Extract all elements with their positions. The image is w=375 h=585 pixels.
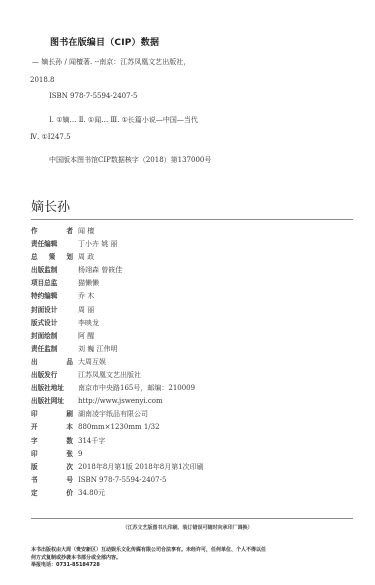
credit-label: 责任监制 [31, 343, 73, 353]
credit-label-part: 印 [31, 408, 38, 418]
credit-value: 周 丽 [78, 305, 94, 315]
cip-line-isbn: ISBN 978-7-5594-2407-5 [49, 92, 137, 100]
credit-row: 封面绘制阿 醒 [31, 330, 204, 343]
cip-line-record-number: 中国版本图书馆CIP数据核字（2018）第137000号 [49, 155, 211, 165]
copyright-page: 图书在版编目（CIP）数据 — 嫡长孙 / 闻檀著. --南京：江苏凤凰文艺出版… [0, 0, 375, 585]
credit-value: 314千字 [78, 436, 105, 446]
credit-label-part: 定 [31, 487, 38, 497]
credit-label-part: 封面绘制 [31, 330, 57, 340]
credit-value: 9 [78, 450, 82, 458]
credit-label: 印刷 [31, 408, 73, 418]
credit-label-part: 张 [66, 448, 73, 458]
divider-top [31, 219, 353, 220]
credit-label: 总策划 [31, 251, 73, 261]
credit-label: 定价 [31, 487, 73, 497]
credit-label-part: 号 [66, 474, 73, 484]
credit-label: 印张 [31, 448, 73, 458]
credit-row: 总策划周 政 [31, 251, 204, 264]
credit-row: 出品大周互娱 [31, 356, 204, 369]
credit-label: 出品 [31, 356, 73, 366]
rights-line-2: 何方式复制或抄袭本书部分或全部内容。 [31, 555, 351, 563]
credit-value: 乔 木 [78, 291, 94, 301]
credit-row: 项目总监猫懒懒 [31, 277, 204, 290]
credit-label-part: 出版监制 [31, 264, 57, 274]
credit-row: 印张9 [31, 448, 204, 461]
credit-label: 项目总监 [31, 277, 73, 287]
credit-value: 江苏凤凰文艺出版社 [78, 370, 141, 380]
credit-row: 书号ISBN 978-7-5594-2407-5 [31, 474, 204, 487]
credits-list: 作者闻 檀责任编辑丁小卉 姚 丽总策划周 政出版监制杨翊森 曾筱佳项目总监猫懒懒… [31, 225, 204, 500]
credit-label-part: 者 [66, 225, 73, 235]
credit-label-part: 封面设计 [31, 304, 57, 314]
credit-value: 2018年8月第1版 2018年8月第1次印刷 [78, 462, 204, 472]
credit-row: 字数314千字 [31, 435, 204, 448]
credit-label-part: 责任编辑 [31, 238, 57, 248]
book-title: 嫡长孙 [31, 196, 70, 215]
credit-label-part: 本 [66, 421, 73, 431]
credit-value: 丁小卉 姚 丽 [78, 239, 117, 249]
credit-label: 版次 [31, 461, 73, 471]
credit-label-part: 次 [66, 461, 73, 471]
credit-row: 出版监制杨翊森 曾筱佳 [31, 264, 204, 277]
credit-label-part: 开 [31, 421, 38, 431]
credit-value: 34.80元 [78, 488, 105, 498]
credit-label: 出版发行 [31, 369, 73, 379]
credit-value: 南京市中央路165号，邮编：210009 [78, 383, 195, 393]
credit-label-part: 字 [31, 435, 38, 445]
credit-row: 版次2018年8月第1版 2018年8月第1次印刷 [31, 461, 204, 474]
printing-error-notice: （江苏文艺版图书凡印刷、装订错误可随时向承印厂调换） [0, 524, 375, 531]
credit-label: 出版社网址 [31, 395, 73, 405]
credit-row: 开本880mm×1230mm 1/32 [31, 421, 204, 434]
credit-row: 封面设计周 丽 [31, 304, 204, 317]
credit-row: 特约编辑乔 木 [31, 290, 204, 303]
credit-label: 封面设计 [31, 304, 73, 314]
cip-heading: 图书在版编目（CIP）数据 [50, 35, 159, 48]
credit-row: 定价34.80元 [31, 487, 204, 500]
credit-label-part: 品 [66, 356, 73, 366]
credit-label: 封面绘制 [31, 330, 73, 340]
credit-label-part: 出版发行 [31, 369, 57, 379]
credit-value: 猫懒懒 [78, 278, 99, 288]
cip-line-subjects: Ⅰ. ①嫡… Ⅱ. ①闻… Ⅲ. ①长篇小说—中国—当代 [49, 115, 198, 125]
credit-value: 周 政 [78, 252, 94, 262]
credit-label-part: 价 [66, 487, 73, 497]
credit-label-part: 刷 [66, 408, 73, 418]
credit-label-part: 特约编辑 [31, 290, 57, 300]
credit-row: 责任监制刘 巍 江伟明 [31, 343, 204, 356]
credit-label: 作者 [31, 225, 73, 235]
credit-value: 阿 醒 [78, 331, 94, 341]
credit-label: 版式设计 [31, 317, 73, 327]
credit-label-part: 版 [31, 461, 38, 471]
credit-label-part: 书 [31, 474, 38, 484]
credit-label-part: 数 [66, 435, 73, 445]
credit-label-part: 出版社网址 [31, 395, 64, 405]
credit-value: 刘 巍 江伟明 [78, 344, 117, 354]
cip-line-classification: Ⅳ. ①I247.5 [30, 133, 71, 141]
credit-label-part: 划 [66, 251, 73, 261]
credit-row: 出版发行江苏凤凰文艺出版社 [31, 369, 204, 382]
credit-label: 字数 [31, 435, 73, 445]
credit-row: 责任编辑丁小卉 姚 丽 [31, 238, 204, 251]
credit-label: 责任编辑 [31, 238, 73, 248]
credit-label: 特约编辑 [31, 290, 73, 300]
credit-value: 杨翊森 曾筱佳 [78, 265, 122, 275]
credit-label: 开本 [31, 421, 73, 431]
credit-value: 大周互娱 [78, 357, 106, 367]
credit-row: 出版社地址南京市中央路165号，邮编：210009 [31, 382, 204, 395]
credit-value: 湖南凌宇纸品有限公司 [78, 409, 148, 419]
credit-label-part: 作 [31, 225, 38, 235]
credit-label-part: 印 [31, 448, 38, 458]
credit-label-part: 出版社地址 [31, 382, 64, 392]
credit-label: 出版社地址 [31, 382, 73, 392]
credit-value: 闻 檀 [78, 226, 94, 236]
credit-row: 版式设计李映龙 [31, 317, 204, 330]
cip-line-title: — 嫡长孙 / 闻檀著. --南京：江苏凤凰文艺出版社， [32, 57, 190, 67]
credit-row: 作者闻 檀 [31, 225, 204, 238]
credit-row: 出版社网址http://www.jswenyi.com [31, 395, 204, 408]
credit-value: ISBN 978-7-5594-2407-5 [78, 476, 166, 484]
credit-label-part: 责任监制 [31, 343, 57, 353]
credit-label: 出版监制 [31, 264, 73, 274]
credit-label-part: 策 [49, 251, 56, 261]
credit-label: 书号 [31, 474, 73, 484]
credit-value: 880mm×1230mm 1/32 [78, 423, 160, 431]
credit-label-part: 出 [31, 356, 38, 366]
credit-label-part: 版式设计 [31, 317, 57, 327]
credit-label-part: 项目总监 [31, 277, 57, 287]
credit-value: http://www.jswenyi.com [78, 397, 163, 405]
rights-line-1: 本书出版权由大周（贵安新区）互动娱乐文化传媒有限公司合法享有。未经许可，任何单位… [31, 547, 351, 555]
cip-line-date: 2018.8 [30, 76, 55, 84]
credit-row: 印刷湖南凌宇纸品有限公司 [31, 408, 204, 421]
report-phone: 举报电话：0731-85184728 [31, 562, 351, 570]
credit-value: 李映龙 [78, 318, 99, 328]
credit-label-part: 总 [31, 251, 38, 261]
divider-bottom [31, 518, 353, 519]
rights-statement: 本书出版权由大周（贵安新区）互动娱乐文化传媒有限公司合法享有。未经许可，任何单位… [31, 547, 351, 570]
